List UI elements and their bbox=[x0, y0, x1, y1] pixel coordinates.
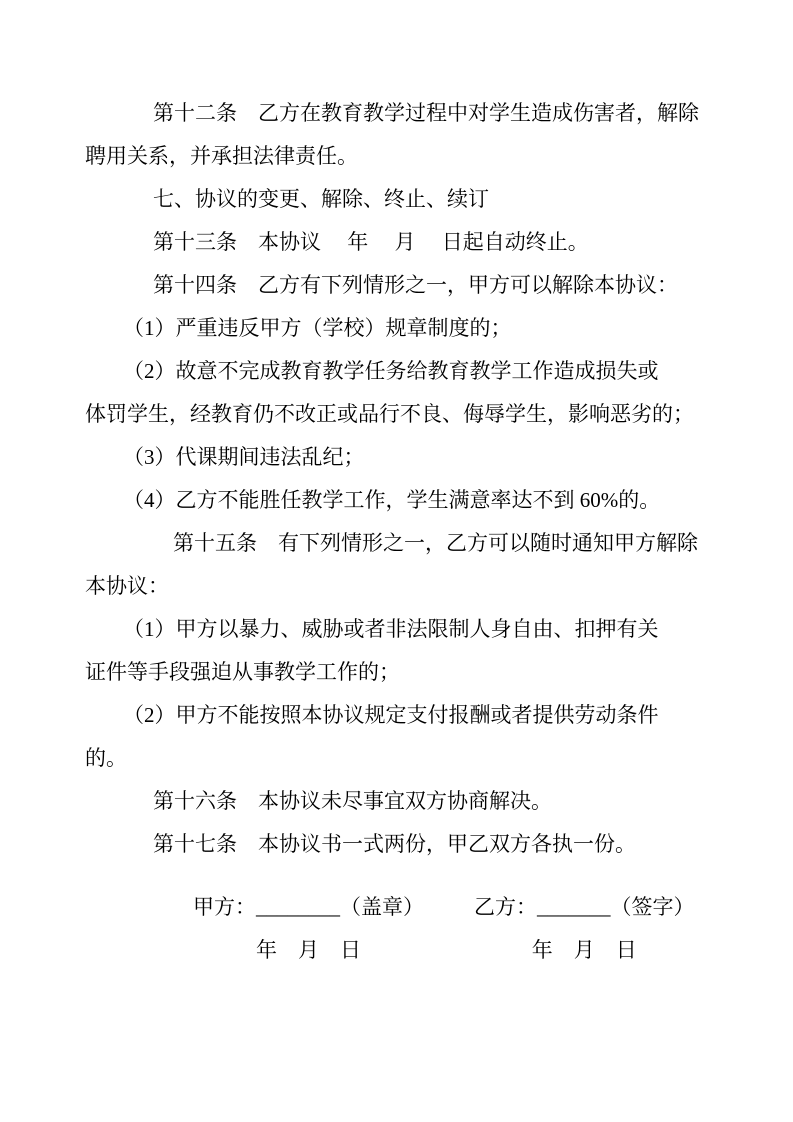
party-b-blank-line: _______ bbox=[537, 895, 611, 919]
document-line: 体罚学生，经教育仍不改正或品行不良、侮辱学生，影响恶劣的； bbox=[85, 393, 710, 436]
signature-block: 甲方：________（盖章） 年 月 日 乙方：_______（签字） 年 月… bbox=[193, 886, 710, 972]
party-a-date-line: 年 月 日 bbox=[193, 929, 424, 972]
party-a-blank-line: ________ bbox=[256, 895, 340, 919]
document-line: （4）乙方不能胜任教学工作，学生满意率达不到 60%的。 bbox=[85, 479, 710, 522]
document-line: （2）故意不完成教育教学任务给教育教学工作造成损失或 bbox=[85, 350, 710, 393]
document-line: 第十五条 有下列情形之一，乙方可以随时通知甲方解除 bbox=[85, 522, 710, 565]
document-line: （1）甲方以暴力、威胁或者非法限制人身自由、扣押有关 bbox=[85, 608, 710, 651]
party-a-seal-note: （盖章） bbox=[340, 895, 424, 919]
document-line: 七、协议的变更、解除、终止、续订 bbox=[85, 178, 710, 221]
document-line: （3）代课期间违法乱纪； bbox=[85, 436, 710, 479]
document-line: 第十六条 本协议未尽事宜双方协商解决。 bbox=[85, 780, 710, 823]
document-page: 第十二条 乙方在教育教学过程中对学生造成伤害者，解除聘用关系，并承担法律责任。七… bbox=[0, 0, 793, 1122]
party-a-signature: 甲方：________（盖章） 年 月 日 bbox=[193, 886, 424, 972]
party-b-sign-note: （签字） bbox=[611, 895, 695, 919]
document-line: 第十三条 本协议 年 月 日起自动终止。 bbox=[85, 221, 710, 264]
document-line: 聘用关系，并承担法律责任。 bbox=[85, 135, 710, 178]
document-line: 本协议： bbox=[85, 565, 710, 608]
document-line: （2）甲方不能按照本协议规定支付报酬或者提供劳动条件 bbox=[85, 694, 710, 737]
document-body: 第十二条 乙方在教育教学过程中对学生造成伤害者，解除聘用关系，并承担法律责任。七… bbox=[85, 92, 710, 866]
party-a-label: 甲方： bbox=[193, 895, 256, 919]
party-b-label: 乙方： bbox=[474, 895, 537, 919]
party-a-sign-line: 甲方：________（盖章） bbox=[193, 886, 424, 929]
signature-spacer bbox=[85, 866, 710, 886]
document-line: 第十七条 本协议书一式两份，甲乙双方各执一份。 bbox=[85, 823, 710, 866]
document-line: 第十二条 乙方在教育教学过程中对学生造成伤害者，解除 bbox=[85, 92, 710, 135]
document-line: 的。 bbox=[85, 737, 710, 780]
party-b-date-line: 年 月 日 bbox=[474, 929, 695, 972]
document-line: 证件等手段强迫从事教学工作的； bbox=[85, 651, 710, 694]
document-line: 第十四条 乙方有下列情形之一，甲方可以解除本协议： bbox=[85, 264, 710, 307]
party-b-sign-line: 乙方：_______（签字） bbox=[474, 886, 695, 929]
party-b-signature: 乙方：_______（签字） 年 月 日 bbox=[474, 886, 695, 972]
document-line: （1）严重违反甲方（学校）规章制度的； bbox=[85, 307, 710, 350]
